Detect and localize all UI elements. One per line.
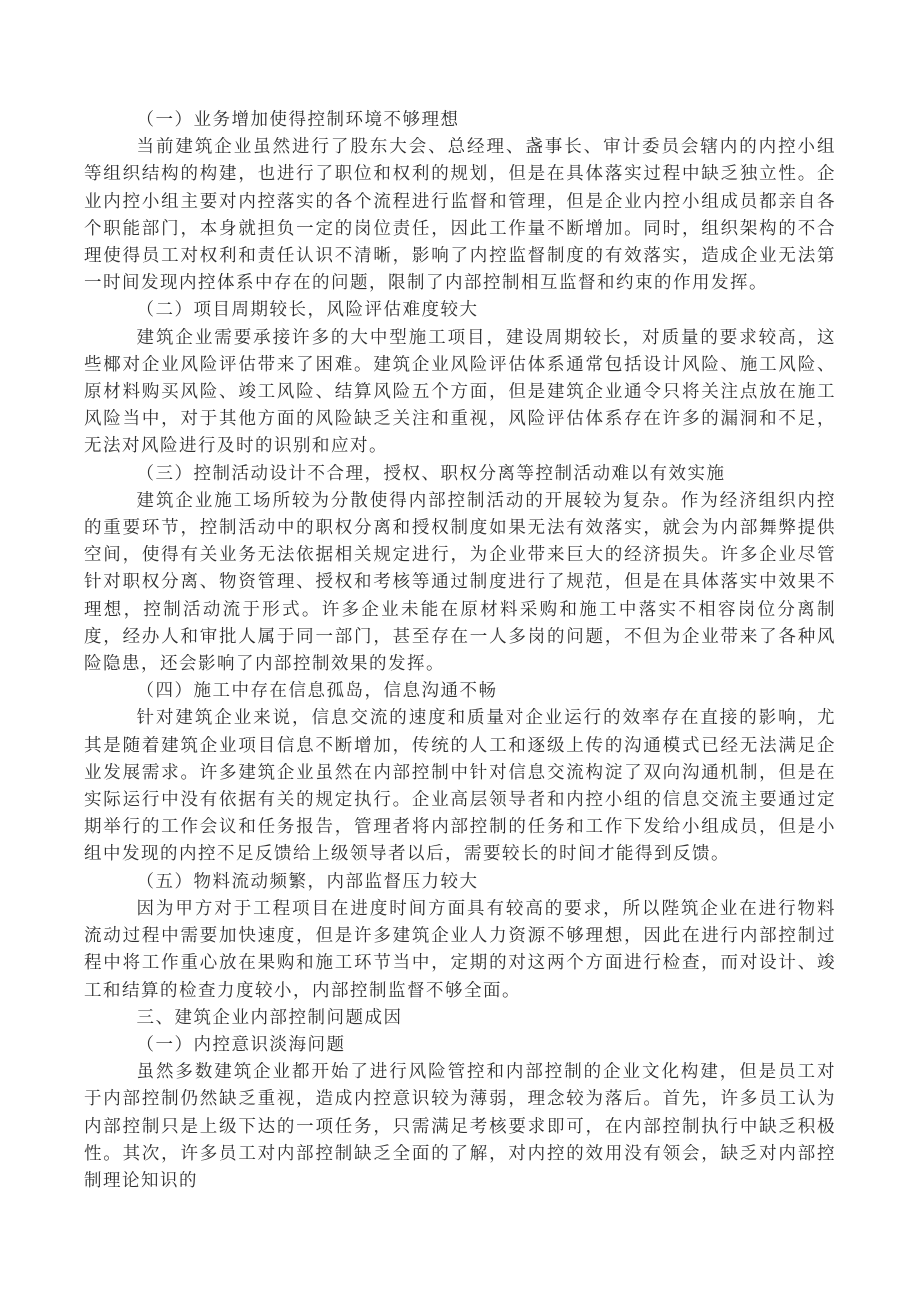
subheading-4-information-silo: （四）施工中存在信息孤岛，信息沟通不畅 [84,677,836,704]
paragraph-risk-assessment: 建筑企业需要承接许多的大中型施工项目，建设周期较长，对质量的要求较高，这些椰对企… [84,324,836,460]
subheading-1-business-growth: （一）业务增加使得控制环境不够理想 [84,106,836,133]
paragraph-control-environment: 当前建筑企业虽然进行了股东大会、总经理、盏事长、审计委员会辖内的内控小组等组织结… [84,133,836,296]
subheading-1-awareness: （一）内控意识淡海问题 [84,1031,836,1058]
subheading-3-control-activities: （三）控制活动设计不合理，授权、职权分离等控制活动难以有效实施 [84,460,836,487]
subheading-2-project-cycle: （二）项目周期较长，风险评估难度较大 [84,296,836,323]
document-content: （一）业务增加使得控制环境不够理想 当前建筑企业虽然进行了股东大会、总经理、盏事… [84,106,836,1194]
paragraph-awareness: 虽然多数建筑企业都开始了进行风险管控和内部控制的企业文化构建，但是员工对于内部控… [84,1058,836,1194]
subheading-5-material-flow: （五）物料流动频繁，内部监督压力较大 [84,868,836,895]
paragraph-internal-supervision: 因为甲方对于工程项目在进度时间方面具有较高的要求，所以陛筑企业在进行物料流动过程… [84,895,836,1004]
document-page: （一）业务增加使得控制环境不够理想 当前建筑企业虽然进行了股东大会、总经理、盏事… [0,0,920,1301]
paragraph-information-flow: 针对建筑企业来说，信息交流的速度和质量对企业运行的效率存在直接的影响，尤其是随着… [84,704,836,867]
section-heading-3-causes: 三、建筑企业内部控制问题成因 [84,1004,836,1031]
paragraph-control-activities: 建筑企业施工场所较为分散使得内部控制活动的开展较为复杂。作为经济组织内控的重要环… [84,487,836,677]
